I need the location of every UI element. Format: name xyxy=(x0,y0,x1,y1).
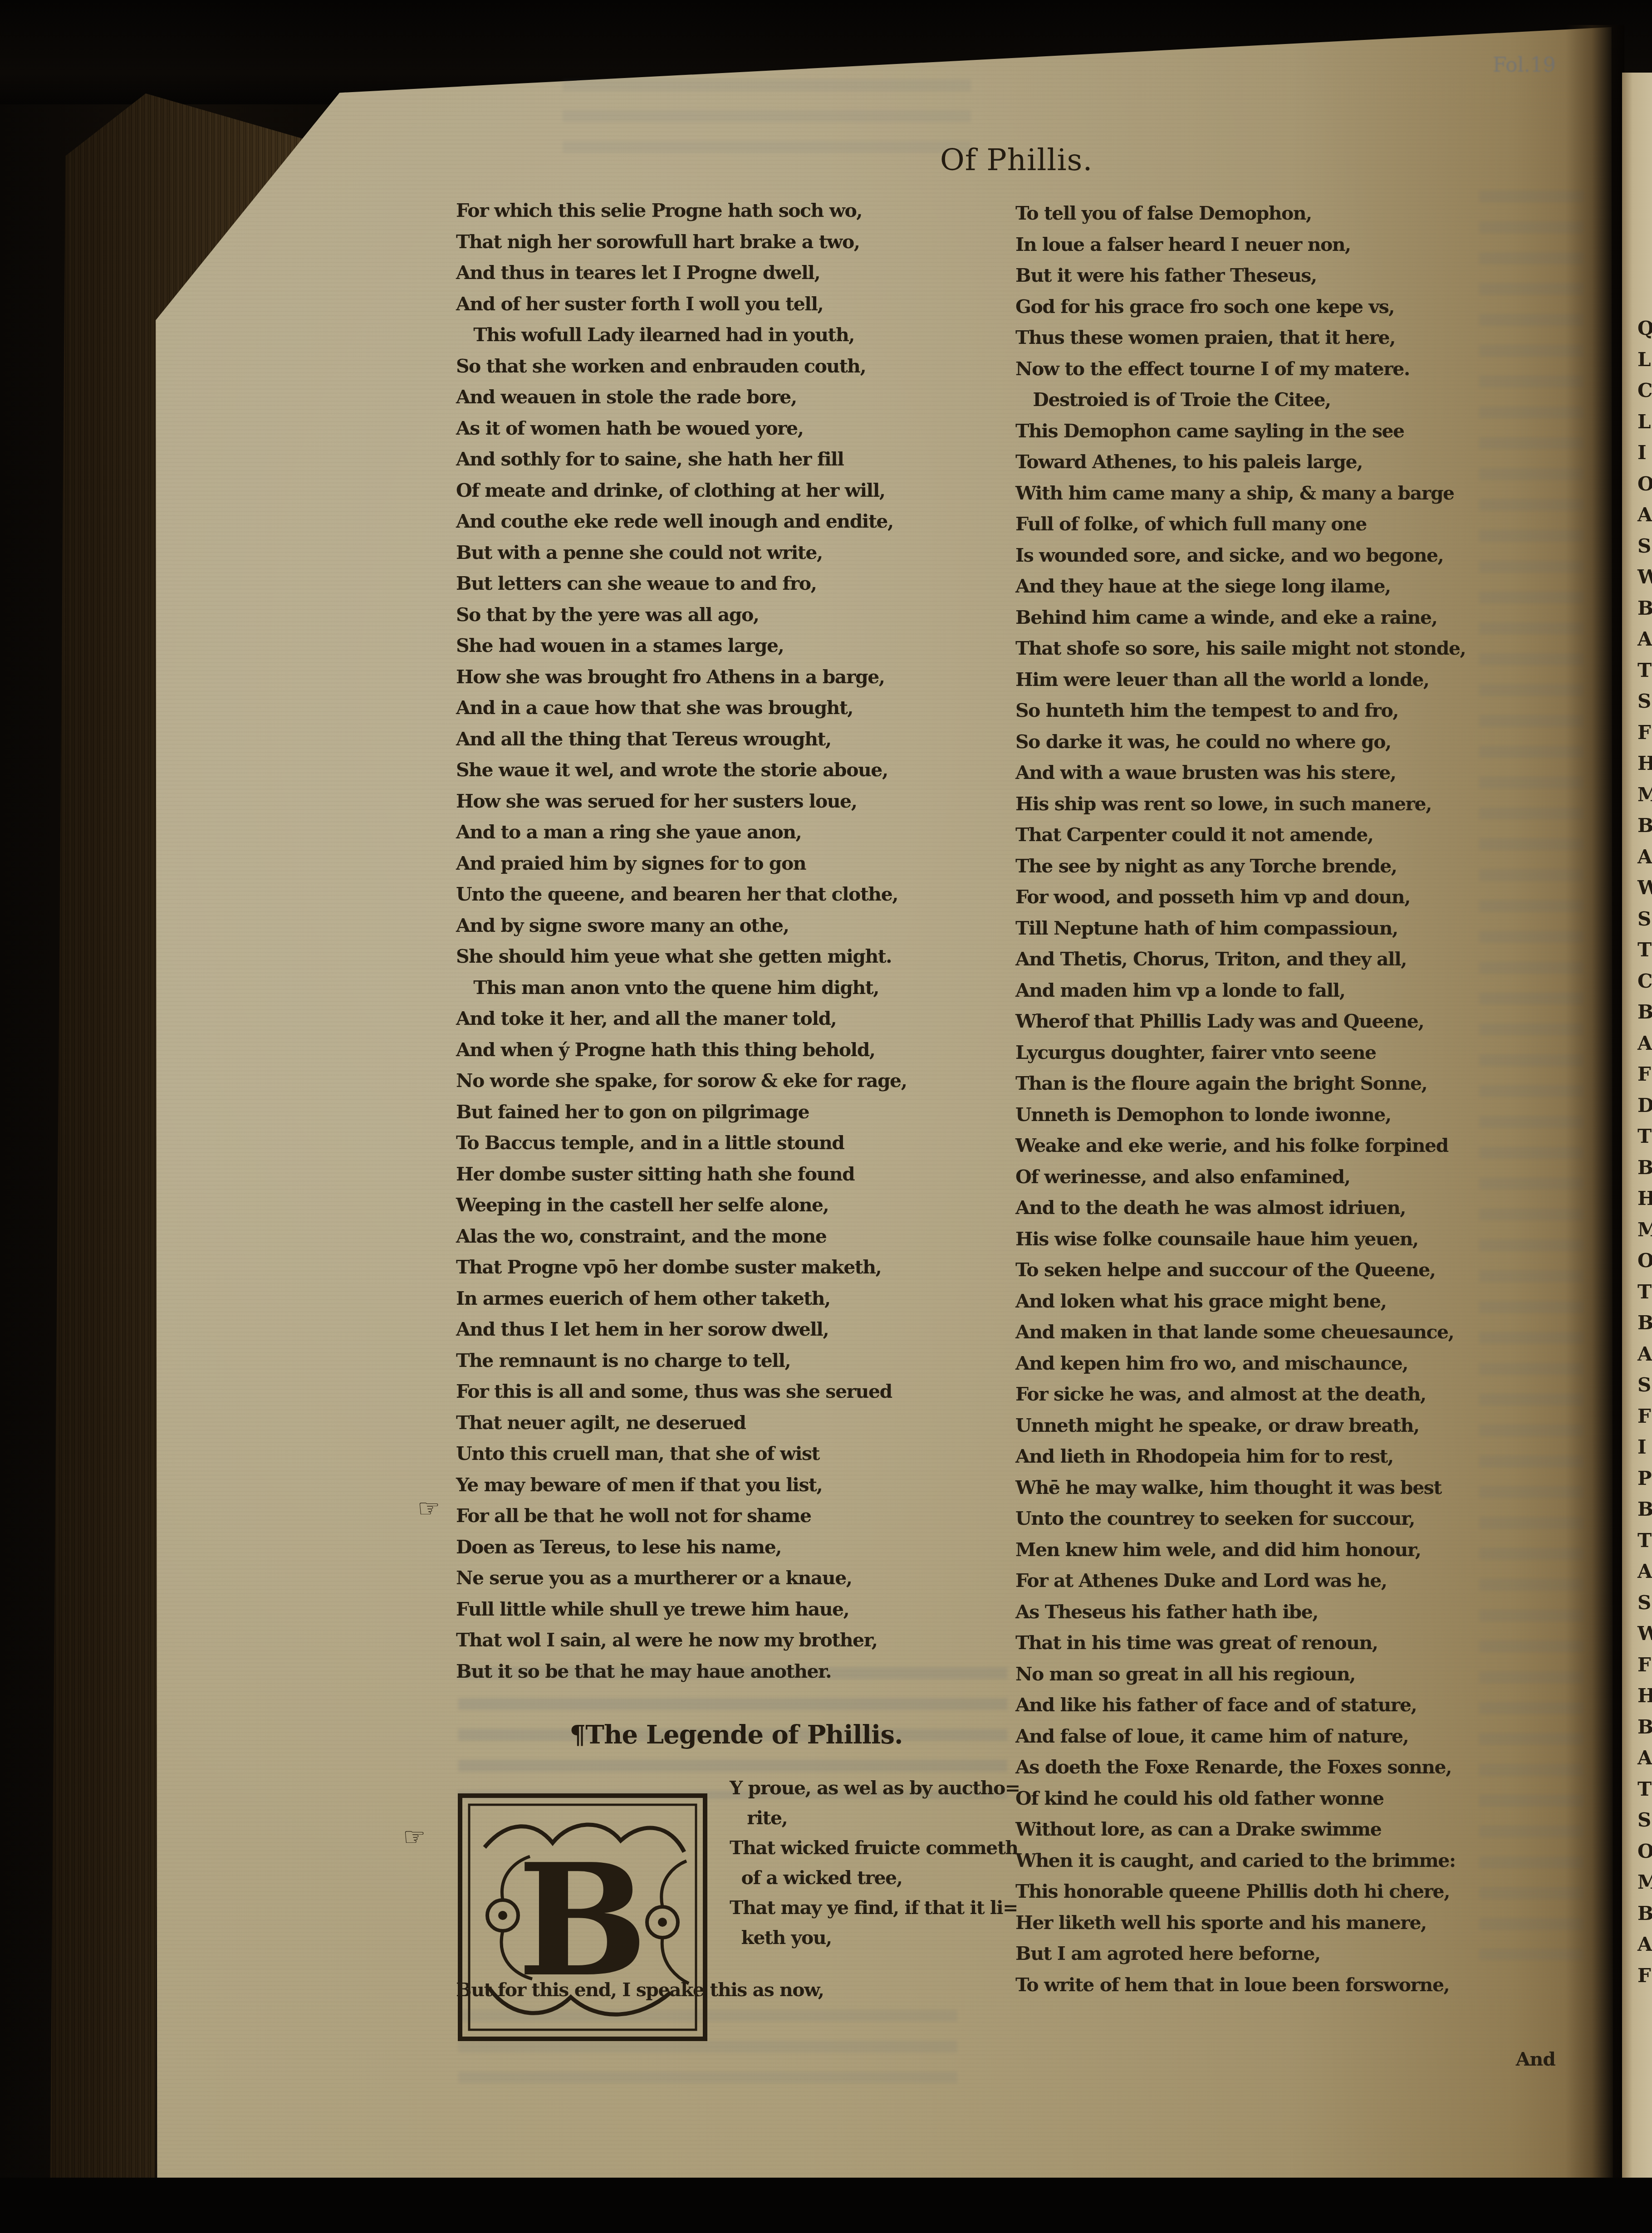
text-line: And false of loue, it came him of nature… xyxy=(1015,1721,1578,1752)
text-line: And to the death he was almost idriuen, xyxy=(1015,1192,1578,1224)
text-line: Of kind he could his old father wonne xyxy=(1015,1783,1578,1814)
text-line: Destroied is of Troie the Citee, xyxy=(1015,384,1578,416)
text-line: But fained her to gon on pilgrimage xyxy=(456,1097,1016,1128)
text-line: Weeping in the castell her selfe alone, xyxy=(456,1190,1016,1221)
text-line: Doen as Tereus, to lese his name, xyxy=(456,1532,1016,1563)
text-line: Unneth might he speake, or draw breath, xyxy=(1015,1410,1578,1441)
gutter-shadow xyxy=(1565,25,1624,2216)
text-line: To write of hem that in loue been forswo… xyxy=(1015,1969,1578,2001)
text-line: In loue a falser heard I neuer non, xyxy=(1015,229,1578,260)
text-line: And by signe swore many an othe, xyxy=(456,910,1016,941)
text-line: For wood, and posseth him vp and doun, xyxy=(1015,881,1578,913)
text-line: But it so be that he may haue another. xyxy=(456,1656,1016,1687)
text-line: Of meate and drinke, of clothing at her … xyxy=(456,475,1016,506)
text-line: How she was serued for her susters loue, xyxy=(456,786,1016,817)
text-line: Ye may beware of men if that you list, xyxy=(456,1469,1016,1501)
text-line: And sothly for to saine, she hath her fi… xyxy=(456,444,1016,475)
text-line: For all be that he woll not for shame xyxy=(456,1500,1016,1532)
text-line: Behind him came a winde, and eke a raine… xyxy=(1015,602,1578,633)
text-line: His ship was rent so lowe, in such maner… xyxy=(1015,788,1578,820)
text-line: But it were his father Theseus, xyxy=(1015,260,1578,291)
text-line: To seken helpe and succour of the Queene… xyxy=(1015,1254,1578,1286)
text-line: Alas the wo, constraint, and the mone xyxy=(456,1221,1016,1252)
text-line: The remnaunt is no charge to tell, xyxy=(456,1345,1016,1376)
text-line: That may ye find, if that it li= xyxy=(730,1893,1020,1923)
text-line: Toward Athenes, to his paleis large, xyxy=(1015,446,1578,478)
text-line: That Progne vpō her dombe suster maketh, xyxy=(456,1252,1016,1283)
text-line: Wherof that Phillis Lady was and Queene, xyxy=(1015,1006,1578,1037)
text-line: Without lore, as can a Drake swimme xyxy=(1015,1814,1578,1845)
text-line: This honorable queene Phillis doth hi ch… xyxy=(1015,1876,1578,1907)
text-line: And couthe eke rede well inough and endi… xyxy=(456,506,1016,537)
right-text-column: To tell you of false Demophon,In loue a … xyxy=(1015,198,1578,2000)
text-line: Him were leuer than all the world a lond… xyxy=(1015,664,1578,695)
facing-page-fragment-letters: Q L C L I O A S W B A T S F H M B A W S … xyxy=(1637,313,1652,1991)
text-line: That wicked fruicte commeth xyxy=(730,1833,1020,1863)
text-line: Full little while shull ye trewe him hau… xyxy=(456,1594,1016,1625)
text-line: As Theseus his father hath ibe, xyxy=(1015,1596,1578,1628)
text-line: And with a waue brusten was his stere, xyxy=(1015,757,1578,788)
text-line: This man anon vnto the quene him dight, xyxy=(456,972,1016,1004)
text-line: Y proue, as wel as by auctho= xyxy=(730,1773,1020,1803)
running-head: Of Phillis. xyxy=(789,144,1243,176)
folio-number-showthrough: Fol.19 xyxy=(1493,54,1556,76)
text-line: That neuer agilt, ne deserued xyxy=(456,1407,1016,1439)
text-line: As doeth the Foxe Renarde, the Foxes son… xyxy=(1015,1752,1578,1783)
text-line: That wol I sain, al were he now my broth… xyxy=(456,1625,1016,1656)
text-line: The see by night as any Torche brende, xyxy=(1015,851,1578,882)
text-line: God for his grace fro soch one kepe vs, xyxy=(1015,291,1578,323)
text-line: Unto the queene, and bearen her that clo… xyxy=(456,879,1016,910)
facing-page-edge: Q L C L I O A S W B A T S F H M B A W S … xyxy=(1622,73,1652,2205)
text-line: With him came many a ship, & many a barg… xyxy=(1015,478,1578,509)
initial-passage: Y proue, as wel as by auctho= rite,That … xyxy=(730,1773,1020,1953)
text-line: And like his father of face and of statu… xyxy=(1015,1689,1578,1721)
text-line: For this is all and some, thus was she s… xyxy=(456,1376,1016,1407)
text-line: Thus these women praien, that it here, xyxy=(1015,322,1578,353)
text-line: That shofe so sore, his saile might not … xyxy=(1015,633,1578,664)
text-line: Unneth is Demophon to londe iwonne, xyxy=(1015,1099,1578,1131)
text-line: Whē he may walke, him thought it was bes… xyxy=(1015,1472,1578,1503)
text-line: So darke it was, he could no where go, xyxy=(1015,726,1578,758)
text-line: In armes euerich of hem other taketh, xyxy=(456,1283,1016,1314)
text-line: To Baccus temple, and in a little stound xyxy=(456,1127,1016,1159)
text-line: How she was brought fro Athens in a barg… xyxy=(456,661,1016,693)
text-line: Of werinesse, and also enfamined, xyxy=(1015,1161,1578,1193)
text-line: And to a man a ring she yaue anon, xyxy=(456,817,1016,848)
text-line: keth you, xyxy=(730,1923,1020,1953)
text-line: Than is the floure again the bright Sonn… xyxy=(1015,1068,1578,1099)
book-page-photo: { "page": { "running_head": "Of Phillis.… xyxy=(0,0,1652,2233)
text-line: For at Athenes Duke and Lord was he, xyxy=(1015,1565,1578,1596)
text-line: And kepen him fro wo, and mischaunce, xyxy=(1015,1348,1578,1379)
text-line: Is wounded sore, and sicke, and wo begon… xyxy=(1015,540,1578,571)
text-line: His wise folke counsaile haue him yeuen, xyxy=(1015,1224,1578,1255)
text-line: This wofull Lady ilearned had in youth, xyxy=(456,319,1016,351)
text-line: But I am agroted here beforne, xyxy=(1015,1938,1578,1969)
text-line: And of her suster forth I woll you tell, xyxy=(456,289,1016,320)
text-line: But letters can she weaue to and fro, xyxy=(456,568,1016,599)
text-line: And maden him vp a londe to fall, xyxy=(1015,975,1578,1006)
text-line: That nigh her sorowfull hart brake a two… xyxy=(456,226,1016,258)
text-line: For which this selie Progne hath soch wo… xyxy=(456,195,1016,226)
text-line: For sicke he was, and almost at the deat… xyxy=(1015,1379,1578,1410)
text-line: Unto this cruell man, that she of wist xyxy=(456,1438,1016,1469)
text-line: No man so great in all his regioun, xyxy=(1015,1659,1578,1690)
text-line: To tell you of false Demophon, xyxy=(1015,198,1578,229)
text-line: She had wouen in a stames large, xyxy=(456,630,1016,661)
text-line: rite, xyxy=(730,1803,1020,1833)
text-line: Unto the countrey to seeken for succour, xyxy=(1015,1503,1578,1534)
text-line: Her dombe suster sitting hath she found xyxy=(456,1159,1016,1190)
catchword: And xyxy=(1015,2044,1555,2075)
text-line: And when ý Progne hath this thing behold… xyxy=(456,1034,1016,1066)
text-line: And praied him by signes for to gon xyxy=(456,848,1016,879)
after-initial-line: But for this end, I speake this as now, xyxy=(456,1974,1046,2005)
text-line: Ne serue you as a murtherer or a knaue, xyxy=(456,1562,1016,1594)
text-line: And lieth in Rhodopeia him for to rest, xyxy=(1015,1441,1578,1472)
text-line: Weake and eke werie, and his folke forpi… xyxy=(1015,1130,1578,1161)
text-line: Her liketh well his sporte and his maner… xyxy=(1015,1907,1578,1939)
text-line: She should him yeue what she getten migh… xyxy=(456,941,1016,972)
text-line: Men knew him wele, and did him honour, xyxy=(1015,1534,1578,1566)
book-cover-bottom-edge xyxy=(0,2178,1652,2233)
text-line: But with a penne she could not write, xyxy=(456,537,1016,568)
text-line: And all the thing that Tereus wrought, xyxy=(456,724,1016,755)
text-line: And thus in teares let I Progne dwell, xyxy=(456,257,1016,289)
text-line: When it is caught, and caried to the bri… xyxy=(1015,1845,1578,1876)
text-line: Now to the effect tourne I of my matere. xyxy=(1015,353,1578,385)
text-line: Lycurgus doughter, fairer vnto seene xyxy=(1015,1037,1578,1068)
text-line: And Thetis, Chorus, Triton, and they all… xyxy=(1015,944,1578,975)
text-line: of a wicked tree, xyxy=(730,1863,1020,1893)
text-line: And thus I let hem in her sorow dwell, xyxy=(456,1314,1016,1345)
text-line: So hunteth him the tempest to and fro, xyxy=(1015,695,1578,726)
text-line: And weauen in stole the rade bore, xyxy=(456,382,1016,413)
text-line: And toke it her, and all the maner told, xyxy=(456,1003,1016,1034)
manicule-icon: ☞ xyxy=(403,1825,426,1850)
text-line: And in a caue how that she was brought, xyxy=(456,692,1016,724)
text-line: That in his time was great of renoun, xyxy=(1015,1627,1578,1659)
section-heading: ¶The Legende of Phillis. xyxy=(456,1720,1016,1749)
text-line: No worde she spake, for sorow & eke for … xyxy=(456,1065,1016,1097)
text-line: Full of folke, of which full many one xyxy=(1015,509,1578,540)
left-text-column: For which this selie Progne hath soch wo… xyxy=(456,195,1016,1687)
text-line: So that she worken and enbrauden couth, xyxy=(456,351,1016,382)
text-line: This Demophon came sayling in the see xyxy=(1015,416,1578,447)
text-line: As it of women hath be woued yore, xyxy=(456,413,1016,444)
text-line: And they haue at the siege long ilame, xyxy=(1015,571,1578,602)
text-line: She waue it wel, and wrote the storie ab… xyxy=(456,754,1016,786)
text-line: That Carpenter could it not amende, xyxy=(1015,819,1578,851)
manicule-icon: ☞ xyxy=(417,1496,440,1522)
text-line: And maken in that lande some cheuesaunce… xyxy=(1015,1317,1578,1348)
text-line: So that by the yere was all ago, xyxy=(456,599,1016,631)
text-line: And loken what his grace might bene, xyxy=(1015,1286,1578,1317)
text-line: Till Neptune hath of him compassioun, xyxy=(1015,913,1578,944)
